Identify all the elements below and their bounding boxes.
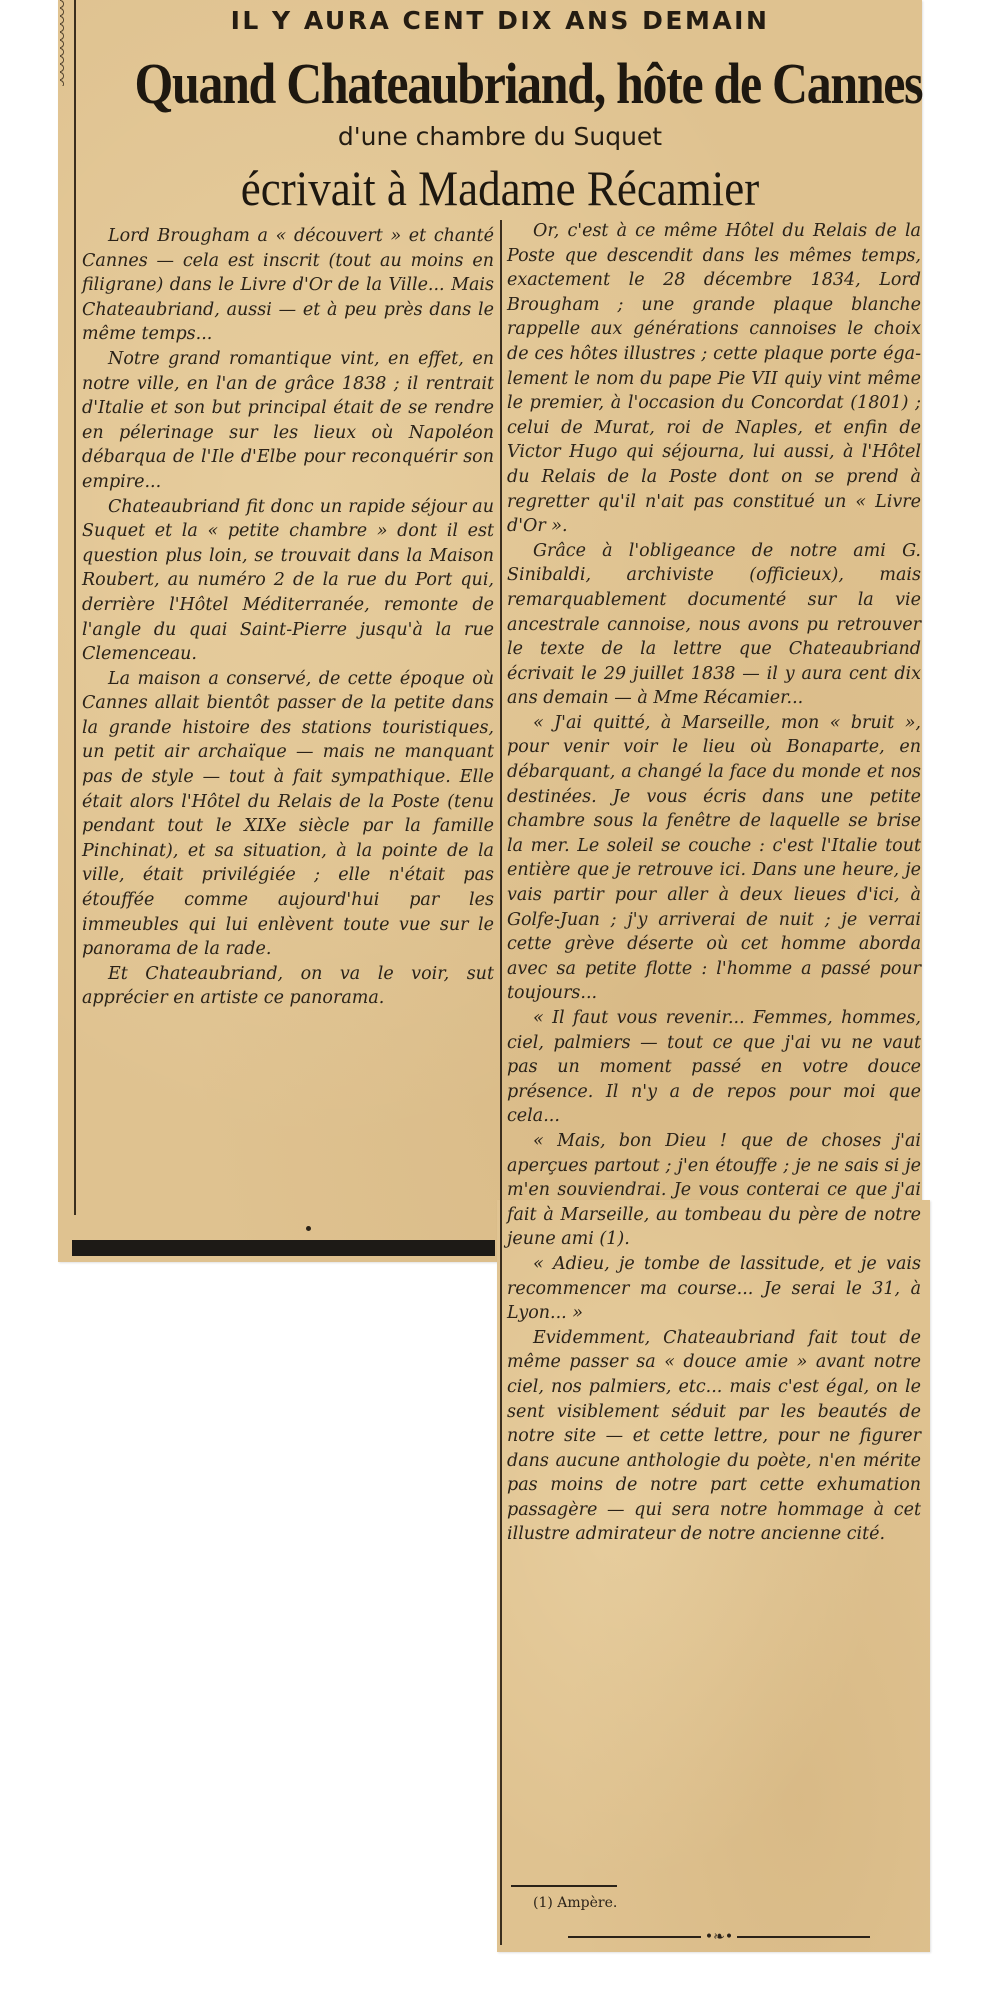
left-text-column: Lord Brougham a « découvert » et chanté … [82,224,494,1011]
paragraph: Evidemment, Chateaubriand fait tout de m… [507,1326,921,1547]
left-column-rule [74,0,76,1215]
paragraph: Chateaubriand fit donc un ra­pide séjour… [82,495,494,667]
footnote-rule [511,1885,617,1887]
paragraph: Notre grand romantique vint, en effet, e… [82,347,494,495]
black-separator-bar [72,1240,495,1256]
middle-column-rule [500,220,502,1945]
article-subhead: d'une chambre du Suquet [75,122,925,151]
article-headline: Quand Chateaubriand, hôte de Cannes [135,52,866,116]
decorative-dot [306,1226,311,1231]
paragraph: La maison a conservé, de cette époque où… [82,667,494,962]
paragraph: Et Chateaubriand, on va le voir, sut app… [82,962,494,1011]
end-ornament: •❧• [568,1930,870,1944]
right-text-column: Or, c'est à ce même Hôtel du Relais de l… [507,219,921,1547]
article-kicker: IL Y AURA CENT DIX ANS DEMAIN [75,6,925,35]
paragraph: Lord Brougham a « découvert » et chanté … [82,224,494,347]
ornament-line-right [737,1936,870,1938]
wavy-border-ornament [60,0,68,86]
paragraph: « Mais, bon Dieu ! que de cho­ses j'ai a… [507,1129,921,1252]
ornament-line-left [568,1936,701,1938]
paragraph: « J'ai quitté, à Marseille, mon « bruit … [507,711,921,1006]
paragraph: « Adieu, je tombe de lassitude, et je va… [507,1252,921,1326]
fleuron-icon: •❧• [701,1930,737,1944]
paragraph: Or, c'est à ce même Hôtel du Relais de l… [507,219,921,539]
paragraph: « Il faut vous revenir... Fem­mes, homme… [507,1006,921,1129]
article-subhead-secondary: écrivait à Madame Récamier [118,160,883,216]
footnote: (1) Ampère. [533,1895,617,1911]
paragraph: Grâce à l'obligeance de notre ami G. Sin… [507,539,921,711]
